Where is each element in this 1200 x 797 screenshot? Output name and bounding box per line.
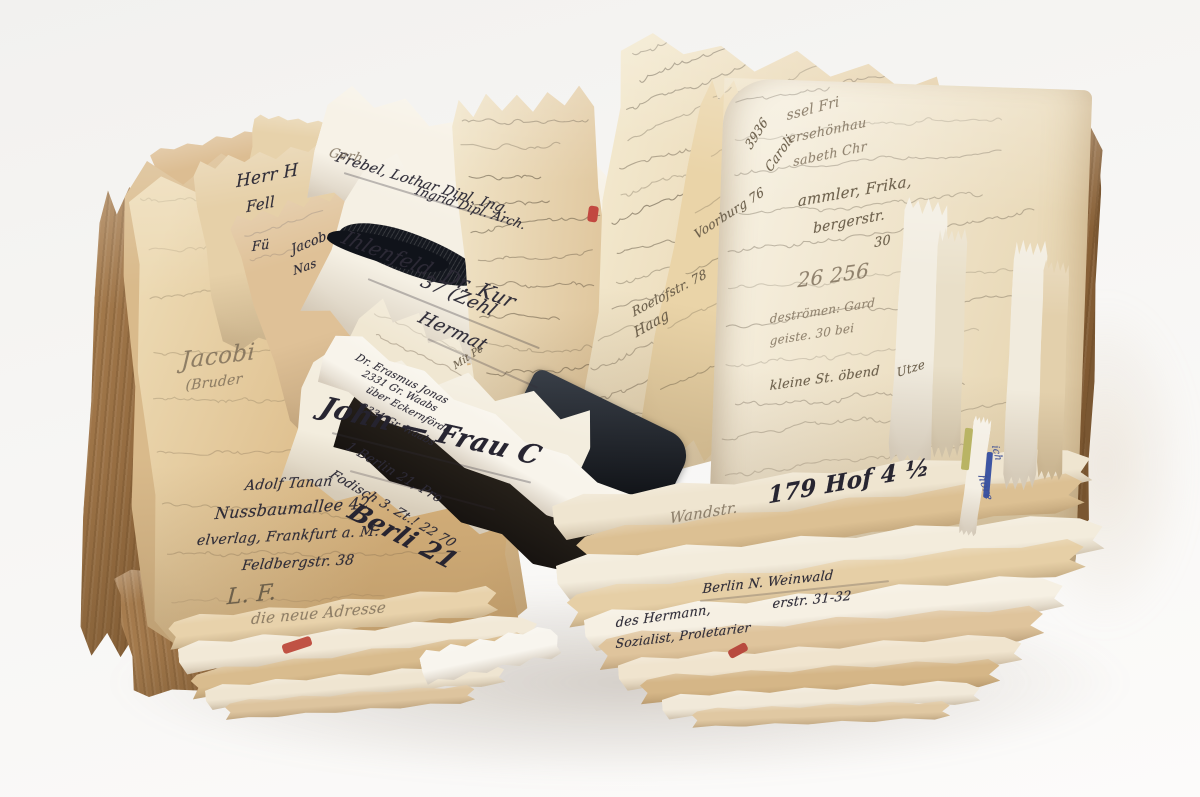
photo-stage: Frebel, Lothar Dipl. Ing.Ingrid Dipl. Ar… bbox=[0, 0, 1200, 797]
